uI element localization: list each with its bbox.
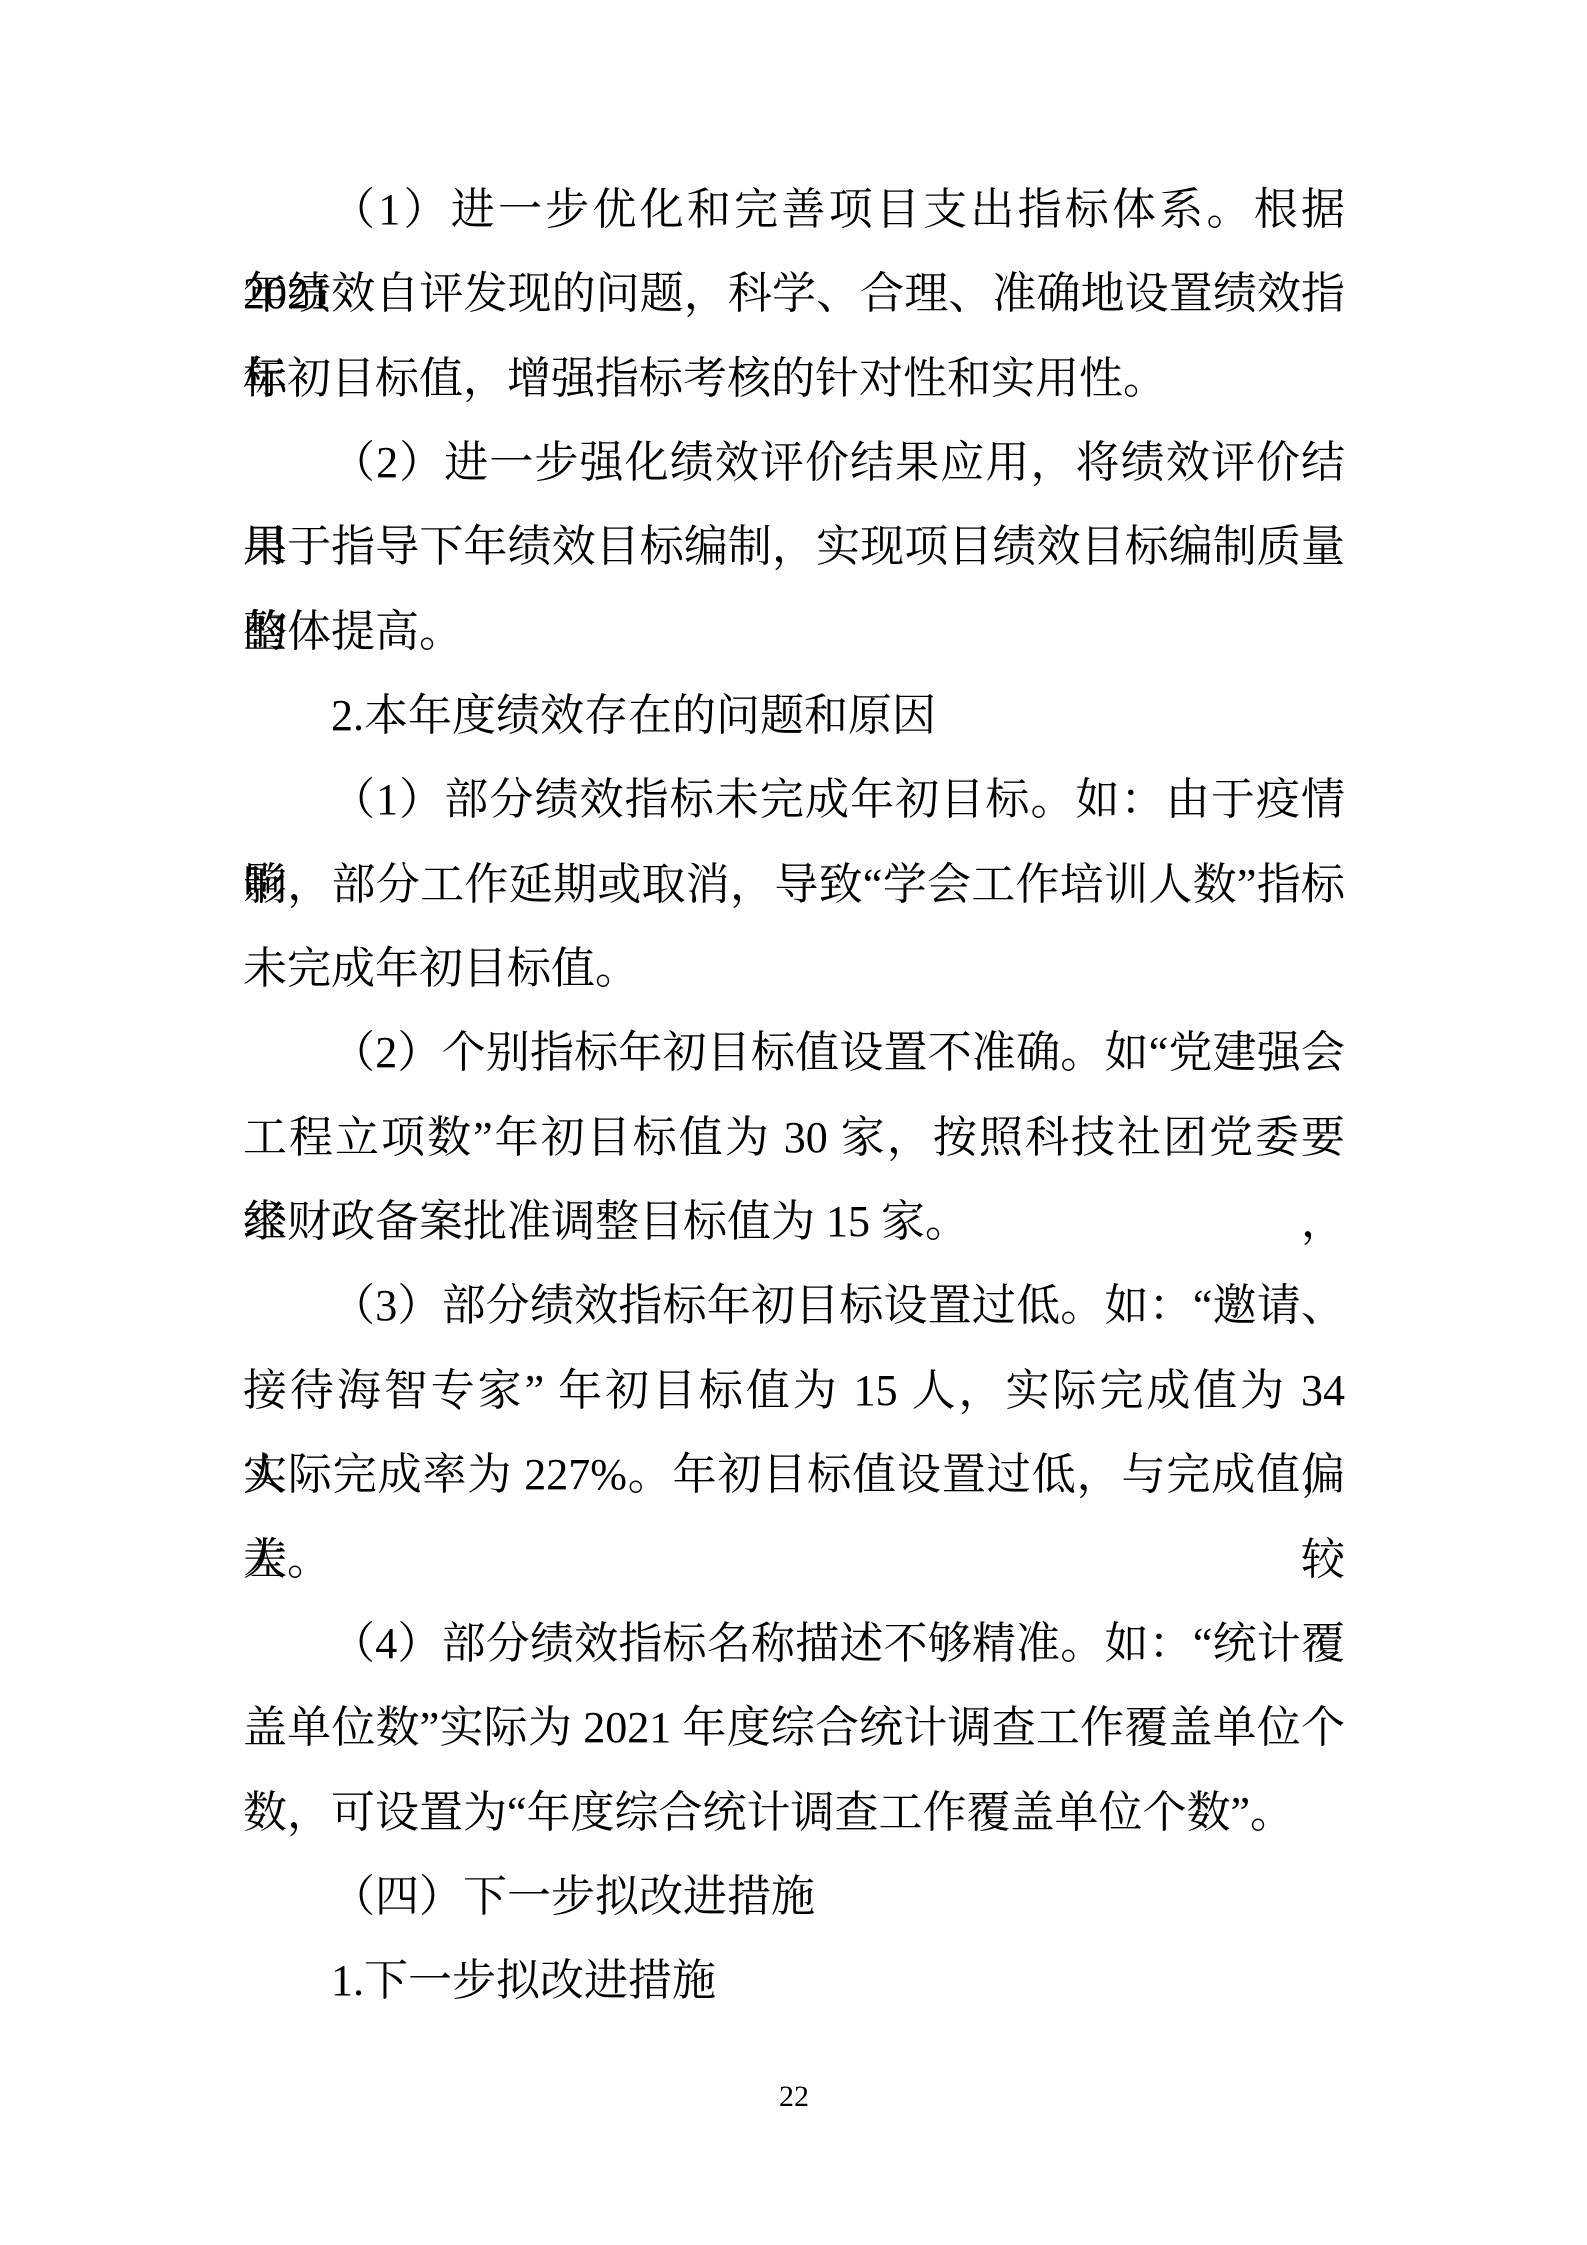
document-line: 响，部分工作延期或取消，导致“学会工作培训人数”指标 (243, 843, 1345, 927)
document-line: 未完成年初目标值。 (243, 927, 1345, 1011)
document-heading: （四）下一步拟改进措施 (243, 1855, 1345, 1939)
document-line: （4）部分绩效指标名称描述不够精准。如：“统计覆 (243, 1602, 1345, 1686)
document-line: 盖单位数”实际为 2021 年度综合统计调查工作覆盖单位个 (243, 1686, 1345, 1770)
document-line: 实际完成率为 227%。年初目标值设置过低，与完成值偏差较 (243, 1433, 1345, 1517)
document-line: （1）进一步优化和完善项目支出指标体系。根据 2021 (243, 168, 1345, 252)
document-page: { "document": { "lines": [ "（1）进一步优化和完善项… (0, 0, 1587, 2245)
document-line: （2）进一步强化绩效评价结果应用，将绩效评价结果 (243, 421, 1345, 505)
document-line: 数，可设置为“年度综合统计调查工作覆盖单位个数”。 (243, 1771, 1345, 1855)
document-line: （1）部分绩效指标未完成年初目标。如：由于疫情影 (243, 758, 1345, 842)
document-line: （3）部分绩效指标年初目标设置过低。如：“邀请、 (243, 1264, 1345, 1348)
page-number: 22 (243, 2076, 1345, 2118)
document-line: 年初目标值，增强指标考核的针对性和实用性。 (243, 337, 1345, 421)
document-line: 年绩效自评发现的问题，科学、合理、准确地设置绩效指标 (243, 252, 1345, 336)
document-heading: 2.本年度绩效存在的问题和原因 (243, 674, 1345, 758)
document-line: 整体提高。 (243, 590, 1345, 674)
document-body: （1）进一步优化和完善项目支出指标体系。根据 2021 年绩效自评发现的问题，科… (243, 168, 1345, 2024)
document-line: （2）个别指标年初目标值设置不准确。如“党建强会 (243, 1011, 1345, 1095)
document-line: 工程立项数”年初目标值为 30 家，按照科技社团党委要求， (243, 1096, 1345, 1180)
document-line: 用于指导下年绩效目标编制，实现项目绩效目标编制质量的 (243, 505, 1345, 589)
document-line: 接待海智专家” 年初目标值为 15 人，实际完成值为 34 人， (243, 1349, 1345, 1433)
document-heading: 1.下一步拟改进措施 (243, 1939, 1345, 2023)
